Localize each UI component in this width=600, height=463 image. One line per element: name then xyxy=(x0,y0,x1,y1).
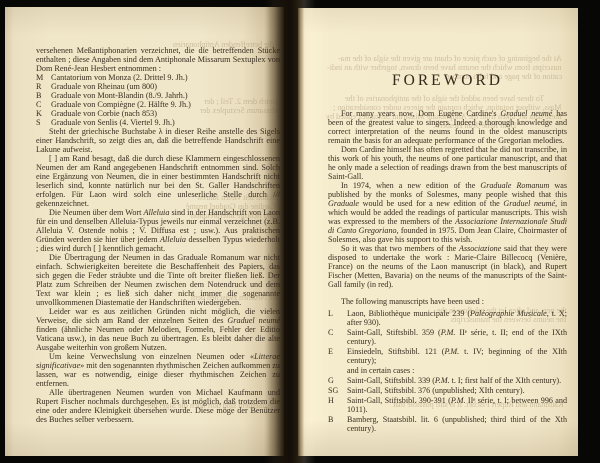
siglum: R xyxy=(36,82,51,91)
siglum: G xyxy=(328,376,347,385)
siglum-description: Graduale von Mont-Blandin (8./9. Jahrh.) xyxy=(51,91,188,100)
paragraph: Die Übertragung der Neumen in das Gradua… xyxy=(36,253,280,307)
paragraph: versehenen Meßantiphonarien verzeichnet,… xyxy=(36,46,280,73)
list-item: GSaint-Gall, Stiftsbibl. 339 (P.M. t. I;… xyxy=(328,376,567,385)
siglum: M xyxy=(36,73,51,82)
paragraph: Dom Cardine himself has often regretted … xyxy=(328,145,567,181)
siglum: S xyxy=(36,118,51,127)
paragraph: The following manuscripts have been used… xyxy=(328,297,567,306)
list-item: LLaon, Bibliothèque municipale 239 (Palé… xyxy=(328,309,567,327)
left-page: die betreffenden Antiphonarien gleich de… xyxy=(5,7,284,456)
list-item: KGraduale von Corbie (nach 853) xyxy=(36,109,280,118)
siglum xyxy=(328,366,347,375)
manuscript-description: Saint-Gall, Stiftsbibl. 376 (unpublished… xyxy=(347,386,567,395)
right-page: At the beginning of each piece of chant … xyxy=(298,8,578,456)
siglum: SG xyxy=(328,386,347,395)
paragraph: Alle übertragenen Neumen wurden von Mich… xyxy=(36,388,280,424)
list-item: CGraduale von Compiègne (2. Hälfte 9. Jh… xyxy=(36,100,280,109)
manuscript-description: and in certain cases : xyxy=(347,366,567,375)
siglum: C xyxy=(328,328,347,346)
list-item: SGSaint-Gall, Stiftsbibl. 376 (unpublish… xyxy=(328,386,567,395)
siglum: B xyxy=(36,91,51,100)
siglum: K xyxy=(36,109,51,118)
paragraph: Leider war es aus zeitlichen Gründen nic… xyxy=(36,307,280,352)
paragraph: Steht der griechische Buchstabe λ in die… xyxy=(36,127,280,154)
siglum: H xyxy=(328,396,347,414)
manuscript-description: Saint-Gall, Stiftsbibl. 359 (P.M. IIᵉ sé… xyxy=(347,328,567,346)
left-page-text: versehenen Meßantiphonarien verzeichnet,… xyxy=(5,7,284,424)
manuscript-description: Saint-Gall, Stiftsbibl. 390-391 (P.M. II… xyxy=(347,396,567,414)
paragraph: For many years now, Dom Eugène Cardine's… xyxy=(328,109,567,145)
list-item: MCantatorium von Monza (2. Drittel 9. Jh… xyxy=(36,73,280,82)
siglum-description: Graduale von Rheinau (um 800) xyxy=(51,82,157,91)
list-item: SGraduale von Senlis (4. Viertel 9. Jh.) xyxy=(36,118,280,127)
list-item: BGraduale von Mont-Blandin (8./9. Jahrh.… xyxy=(36,91,280,100)
list-item: and in certain cases : xyxy=(328,366,567,375)
siglum-description: Graduale von Corbie (nach 853) xyxy=(51,109,157,118)
manuscript-description: Bamberg, Staatsbibl. lit. 6 (unpublished… xyxy=(347,415,567,433)
list-item: CSaint-Gall, Stiftsbibl. 359 (P.M. IIᵉ s… xyxy=(328,328,567,346)
sigla-list: MCantatorium von Monza (2. Drittel 9. Jh… xyxy=(36,73,280,127)
list-item: RGraduale von Rheinau (um 800) xyxy=(36,82,280,91)
manuscript-list: LLaon, Bibliothèque municipale 239 (Palé… xyxy=(328,309,567,433)
siglum: B xyxy=(328,415,347,433)
list-item: BBamberg, Staatsbibl. lit. 6 (unpublishe… xyxy=(328,415,567,433)
manuscript-description: Einsiedeln, Stiftsbibl. 121 (P.M. t. IV;… xyxy=(347,347,567,365)
manuscript-description: Laon, Bibliothèque municipale 239 (Paléo… xyxy=(347,309,567,327)
paragraph: Um keine Verwechslung von einzelnen Neum… xyxy=(36,352,280,388)
paragraph: Die Neumen über dem Wort Alleluia sind i… xyxy=(36,208,280,253)
siglum: C xyxy=(36,100,51,109)
siglum: E xyxy=(328,347,347,365)
paragraph: In 1974, when a new edition of the Gradu… xyxy=(328,181,567,244)
list-item: HSaint-Gall, Stiftsbibl. 390-391 (P.M. I… xyxy=(328,396,567,414)
siglum-description: Graduale von Compiègne (2. Hälfte 9. Jh.… xyxy=(51,100,191,109)
page-title: FOREWORD xyxy=(328,76,567,85)
paragraph: So it was that two members of the Associ… xyxy=(328,244,567,289)
manuscript-description: Saint-Gall, Stiftsbibl. 339 (P.M. t. I; … xyxy=(347,376,567,385)
siglum-description: Cantatorium von Monza (2. Drittel 9. Jh.… xyxy=(51,73,188,82)
list-item: EEinsiedeln, Stiftsbibl. 121 (P.M. t. IV… xyxy=(328,347,567,365)
siglum-description: Graduale von Senlis (4. Viertel 9. Jh.) xyxy=(51,118,175,127)
siglum: L xyxy=(328,309,347,327)
paragraph: [ ] am Rand besagt, daß die durch diese … xyxy=(36,154,280,208)
right-page-text: FOREWORD For many years now, Dom Eugène … xyxy=(298,8,578,433)
book-spread-scan: die betreffenden Antiphonarien gleich de… xyxy=(0,0,600,463)
